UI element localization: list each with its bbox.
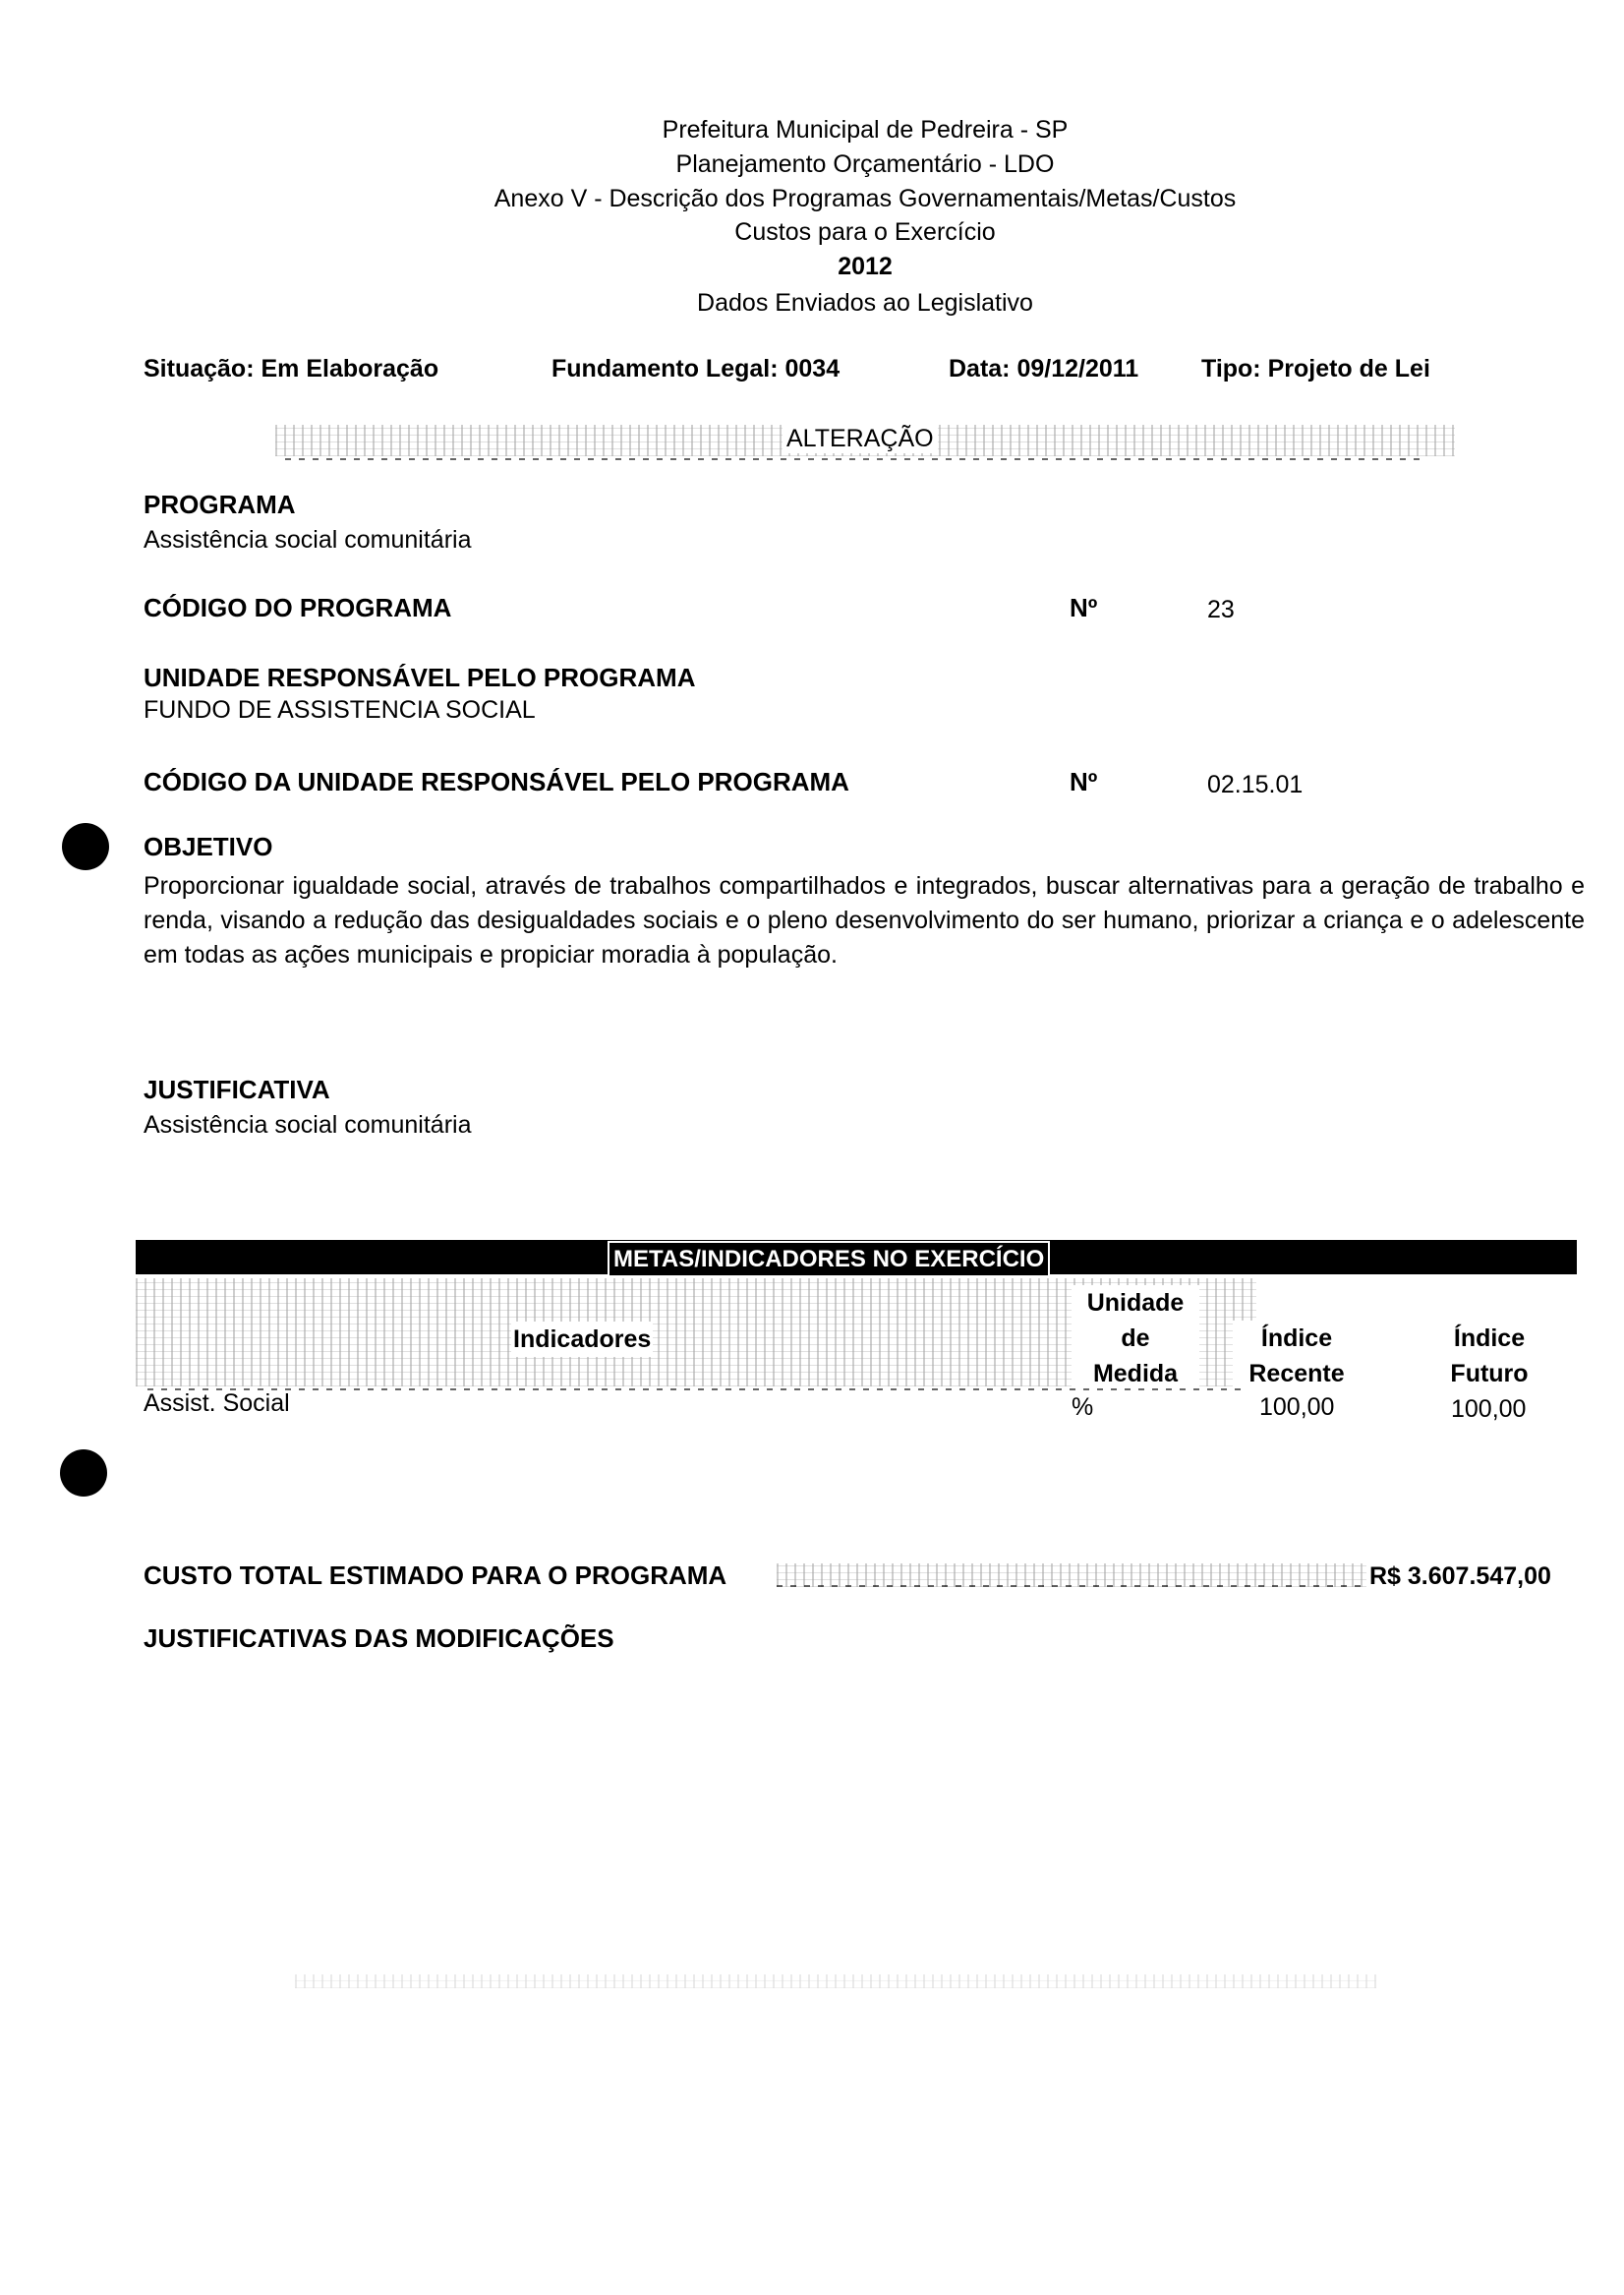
cell-indicador: Assist. Social bbox=[144, 1389, 290, 1418]
section-banner: ALTERAÇÃO bbox=[783, 425, 938, 453]
cell-recente: 100,00 bbox=[1259, 1393, 1334, 1422]
status-data: Data: 09/12/2011 bbox=[949, 355, 1138, 383]
scan-speckle bbox=[295, 1974, 1376, 1988]
codigo-unidade-label: CÓDIGO DA UNIDADE RESPONSÁVEL PELO PROGR… bbox=[144, 767, 849, 797]
unidade-value: FUNDO DE ASSISTENCIA SOCIAL bbox=[144, 696, 536, 725]
programa-label: PROGRAMA bbox=[144, 490, 296, 520]
justificativa-label: JUSTIFICATIVA bbox=[144, 1075, 330, 1105]
col-unidade-line3: Medida bbox=[1072, 1356, 1199, 1391]
col-unidade-line1: Unidade bbox=[1072, 1285, 1199, 1321]
col-indicadores: Indicadores bbox=[511, 1322, 653, 1357]
punch-hole-icon bbox=[60, 1449, 107, 1497]
custo-total-value: R$ 3.607.547,00 bbox=[1369, 1562, 1551, 1591]
header-annex: Anexo V - Descrição dos Programas Govern… bbox=[0, 184, 1624, 213]
col-recente-line2: Recente bbox=[1233, 1356, 1361, 1391]
banner-underline bbox=[285, 458, 1425, 460]
objetivo-text: Proporcionar igualdade social, através d… bbox=[144, 869, 1585, 972]
metas-title: METAS/INDICADORES NO EXERCÍCIO bbox=[608, 1241, 1050, 1277]
status-tipo: Tipo: Projeto de Lei bbox=[1201, 355, 1430, 383]
status-situacao: Situação: Em Elaboração bbox=[144, 355, 438, 383]
custo-leader-noise bbox=[777, 1563, 1366, 1587]
codigo-programa-num-label: Nº bbox=[1070, 593, 1097, 623]
codigo-programa-value: 23 bbox=[1207, 596, 1235, 624]
objetivo-label: OBJETIVO bbox=[144, 832, 272, 862]
codigo-unidade-value: 02.15.01 bbox=[1207, 771, 1303, 799]
col-futuro-line2: Futuro bbox=[1425, 1356, 1553, 1391]
table-header-underline bbox=[147, 1388, 1248, 1390]
header-costs: Custos para o Exercício bbox=[0, 217, 1624, 247]
col-recente-line1: Índice bbox=[1233, 1321, 1361, 1356]
custo-leader-line bbox=[777, 1585, 1366, 1587]
codigo-unidade-num-label: Nº bbox=[1070, 767, 1097, 797]
cell-futuro: 100,00 bbox=[1451, 1395, 1526, 1424]
custo-total-label: CUSTO TOTAL ESTIMADO PARA O PROGRAMA bbox=[144, 1560, 726, 1591]
programa-value: Assistência social comunitária bbox=[144, 526, 471, 555]
unidade-label: UNIDADE RESPONSÁVEL PELO PROGRAMA bbox=[144, 663, 695, 693]
header-year: 2012 bbox=[0, 252, 1624, 281]
justificativas-modificacoes-label: JUSTIFICATIVAS DAS MODIFICAÇÕES bbox=[144, 1623, 614, 1654]
justificativa-value: Assistência social comunitária bbox=[144, 1111, 471, 1140]
col-futuro-line1: Índice bbox=[1425, 1321, 1553, 1356]
header-sent: Dados Enviados ao Legislativo bbox=[0, 288, 1624, 318]
status-fundamento: Fundamento Legal: 0034 bbox=[551, 355, 840, 383]
header-municipality: Prefeitura Municipal de Pedreira - SP bbox=[0, 115, 1624, 145]
col-unidade-line2: de bbox=[1072, 1321, 1199, 1356]
cell-unidade: % bbox=[1072, 1393, 1093, 1422]
header-planning: Planejamento Orçamentário - LDO bbox=[0, 149, 1624, 179]
codigo-programa-label: CÓDIGO DO PROGRAMA bbox=[144, 593, 451, 623]
punch-hole-icon bbox=[62, 823, 109, 870]
